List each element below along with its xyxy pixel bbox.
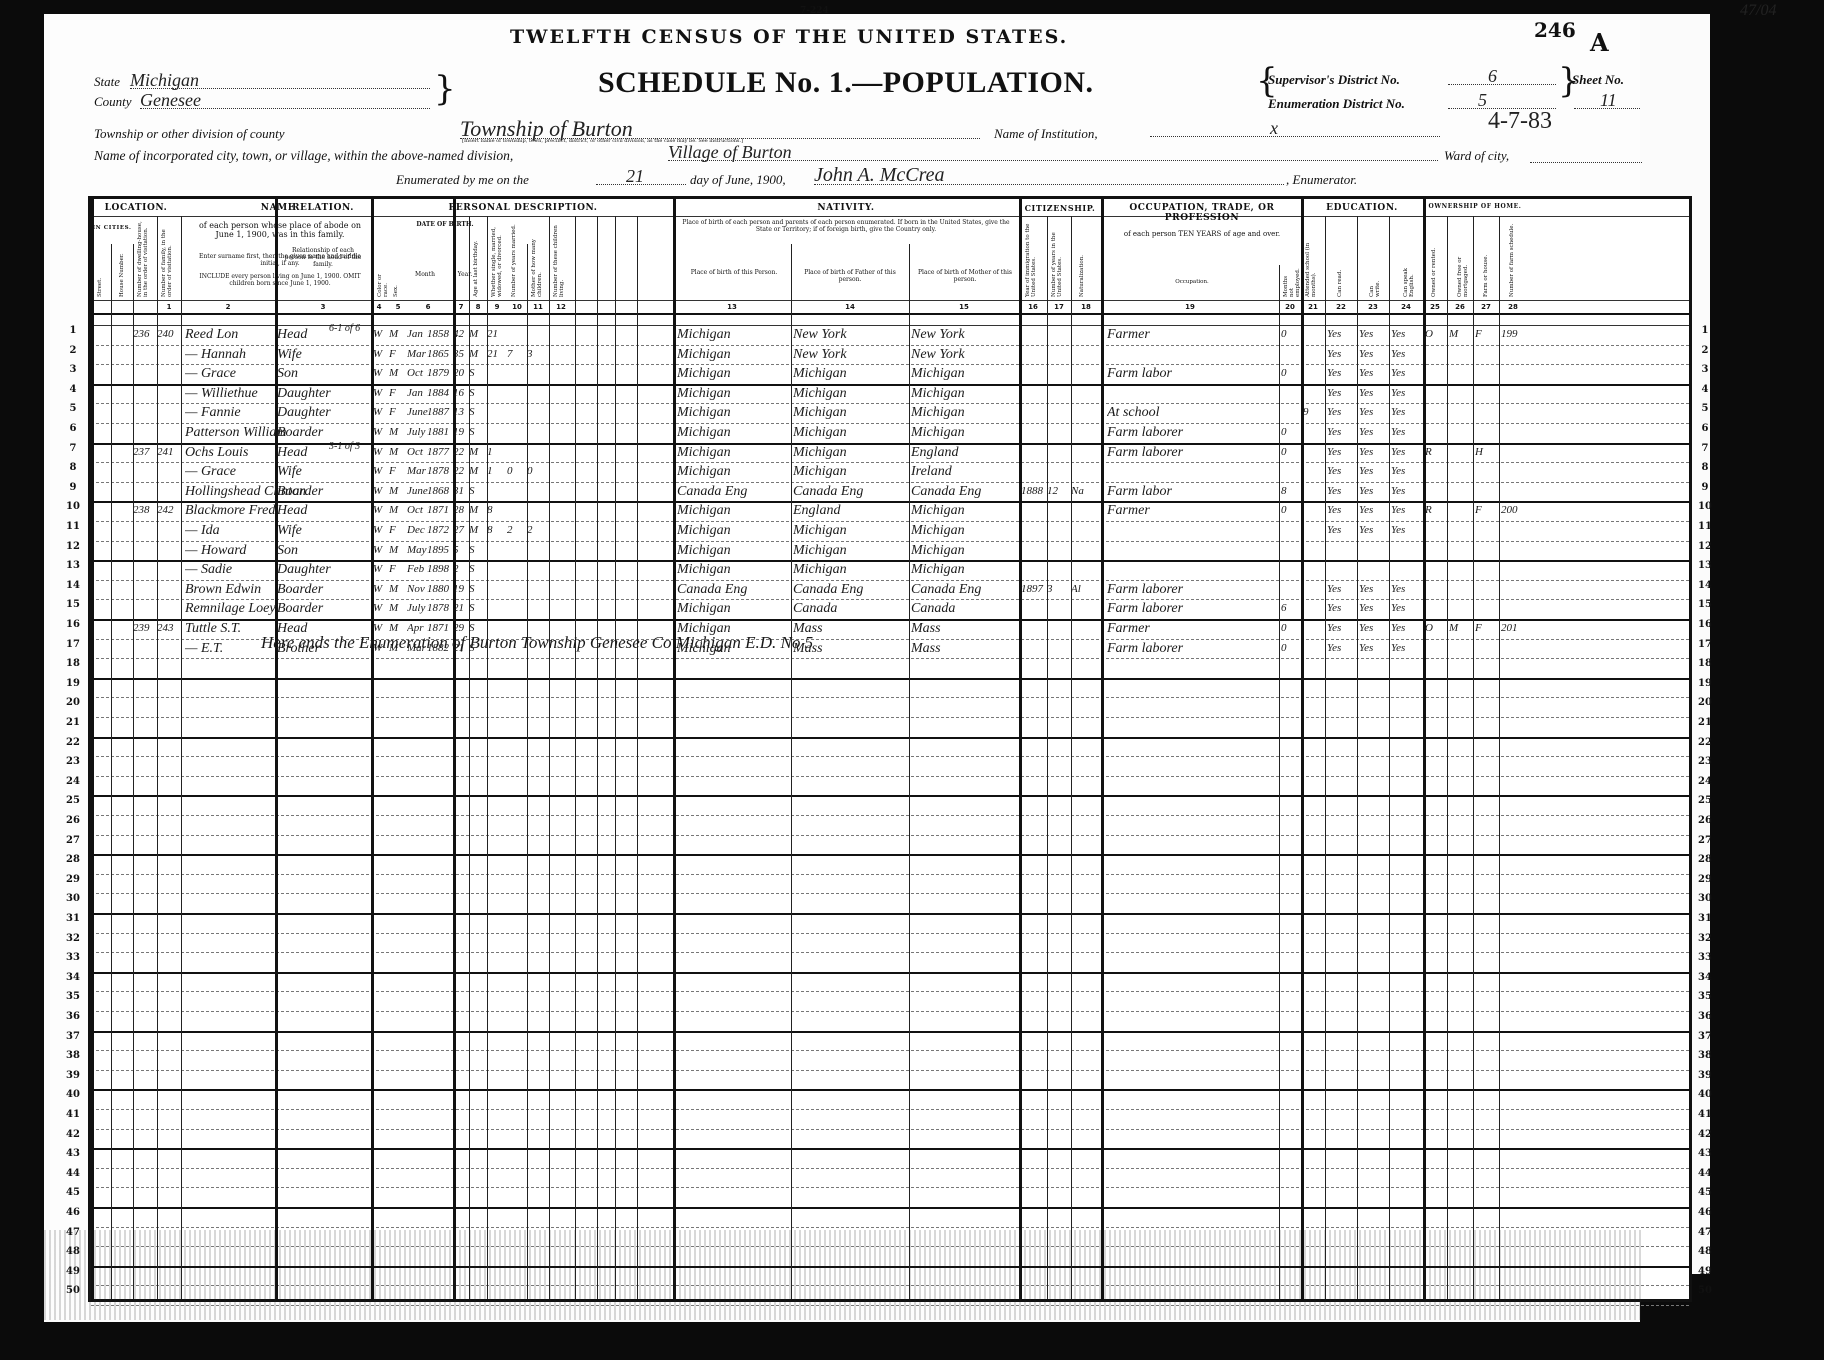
enumerator-field: John A. McCrea (814, 164, 1284, 185)
column-number: 5 (389, 303, 407, 311)
row-rule (91, 737, 1689, 739)
years-in-us-header: Number of years in the United States. (1051, 221, 1067, 297)
line-number-left: 32 (62, 933, 84, 944)
cell-farm: F (1475, 619, 1499, 638)
line-number-left: 18 (62, 658, 84, 669)
occupation-subheader: of each person TEN YEARS of age and over… (1109, 231, 1295, 238)
line-number: 16 (1694, 619, 1716, 630)
line-number: 27 (1694, 835, 1716, 846)
cell-write: Yes (1359, 443, 1389, 462)
form-code: 7-224 (800, 6, 829, 16)
cell-read: Yes (1327, 639, 1357, 658)
cell-unemployed: 0 (1281, 639, 1301, 658)
cell-marital: M (469, 521, 487, 540)
line-number-left: 13 (62, 560, 84, 571)
nativity-subheader: Place of birth of each person and parent… (681, 219, 1011, 233)
supervisor-value: 6 (1488, 66, 1497, 86)
sheet-value: 11 (1600, 90, 1617, 110)
cell-read: Yes (1327, 599, 1357, 618)
cell-write: Yes (1359, 521, 1389, 540)
line-number-left: 24 (62, 776, 84, 787)
cell-owned: R (1425, 443, 1447, 462)
cell-month: July (407, 423, 429, 442)
line-number: 19 (1694, 678, 1716, 689)
cell-age: 28 (453, 501, 469, 520)
line-number: 28 (1694, 854, 1716, 865)
column-number: 3 (275, 303, 371, 311)
cell-color: W (373, 462, 389, 481)
cell-natz: Na (1071, 482, 1101, 501)
cell-year: 1865 (427, 345, 453, 364)
owned-rented-header: Owned or rented. (1431, 239, 1437, 297)
cell-month: Dec (407, 521, 429, 540)
city-label: Name of incorporated city, town, or vill… (94, 148, 513, 164)
line-number-left: 28 (62, 854, 84, 865)
page-number: 246 (1534, 18, 1576, 42)
row-rule (91, 1187, 1689, 1188)
marital-header: Whether single, married, widowed, or div… (491, 219, 509, 297)
cell-occupation: Farm laborer (1107, 443, 1277, 462)
line-number: 3 (1694, 364, 1716, 375)
cell-years-married: 1 (487, 443, 507, 462)
cell-natz: Al (1071, 580, 1101, 599)
cell-color: W (373, 599, 389, 618)
line-number-left: 3 (62, 364, 84, 375)
cell-family: 242 (157, 501, 181, 520)
cell-mother: Canada Eng (911, 482, 1019, 501)
cell-mother: Michigan (911, 560, 1019, 579)
cell-sex: F (389, 345, 407, 364)
cell-write: Yes (1359, 462, 1389, 481)
corner-note: 47/04 (1740, 2, 1776, 20)
column-number: 21 (1301, 303, 1325, 311)
name-include-note: INCLUDE every person living on June 1, 1… (191, 273, 369, 287)
cell-father: New York (793, 345, 909, 364)
cell-color: W (373, 443, 389, 462)
cell-years-us: 12 (1047, 482, 1071, 501)
line-number: 46 (1694, 1207, 1716, 1218)
county-label: County (94, 94, 132, 110)
city-value: Village of Burton (668, 142, 792, 162)
cell-read: Yes (1327, 501, 1357, 520)
cell-unemployed: 0 (1281, 619, 1301, 638)
cell-marital: S (469, 560, 487, 579)
column-number: 14 (791, 303, 909, 311)
cell-year: 1895 (427, 541, 453, 560)
ed-label: Enumeration District No. (1268, 96, 1405, 112)
institution-value: x (1270, 118, 1278, 138)
line-number: 33 (1694, 952, 1716, 963)
cell-write: Yes (1359, 580, 1389, 599)
line-number: 40 (1694, 1089, 1716, 1100)
cell-english: Yes (1391, 599, 1423, 618)
cell-relation: Wife (277, 521, 371, 540)
cell-year: 1877 (427, 443, 453, 462)
cell-month: Oct (407, 364, 429, 383)
cell-birth: Michigan (677, 462, 791, 481)
cell-write: Yes (1359, 384, 1389, 403)
cell-write: Yes (1359, 501, 1389, 520)
cell-read: Yes (1327, 580, 1357, 599)
cell-mother: England (911, 443, 1019, 462)
cell-father: Michigan (793, 364, 909, 383)
line-number: 10 (1694, 501, 1716, 512)
birth-person-header: Place of birth of this Person. (681, 269, 787, 276)
month-header: Month (405, 271, 445, 278)
line-number: 7 (1694, 443, 1716, 454)
cell-father: New York (793, 325, 909, 344)
ward-label: Ward of city, (1444, 148, 1509, 164)
line-number: 45 (1694, 1187, 1716, 1198)
institution-field: x (1150, 118, 1440, 137)
in-cities-header: IN CITIES. (91, 225, 133, 231)
row-rule (91, 795, 1689, 797)
column-number: 12 (549, 303, 573, 311)
cell-relation: Head (277, 443, 371, 462)
cell-english: Yes (1391, 580, 1423, 599)
cell-unemployed: 0 (1281, 364, 1301, 383)
state-value: Michigan (130, 70, 199, 90)
row-rule (91, 913, 1689, 915)
cell-birth: Michigan (677, 384, 791, 403)
cell-english: Yes (1391, 384, 1423, 403)
attended-school-header: Attended school (in months). (1305, 221, 1321, 297)
ed-value: 5 (1478, 90, 1487, 110)
supervisor-label: Supervisor's District No. (1268, 72, 1400, 88)
cell-year: 1898 (427, 560, 453, 579)
cell-marital: M (469, 501, 487, 520)
line-number: 13 (1694, 560, 1716, 571)
cell-month: June (407, 403, 429, 422)
column-number: 17 (1047, 303, 1071, 311)
cell-birth: Canada Eng (677, 482, 791, 501)
cell-birth: Michigan (677, 521, 791, 540)
line-number: 23 (1694, 756, 1716, 767)
cell-birth: Michigan (677, 423, 791, 442)
column-number: 7 (453, 303, 469, 311)
cell-school: 9 (1303, 403, 1325, 422)
cell-dwelling: 238 (133, 501, 157, 520)
cell-schedule: 201 (1501, 619, 1531, 638)
cell-unemployed: 6 (1281, 599, 1301, 618)
line-number: 17 (1694, 639, 1716, 650)
cell-owned: R (1425, 501, 1447, 520)
column-number: 23 (1357, 303, 1389, 311)
cell-mother: Michigan (911, 403, 1019, 422)
cell-marital: S (469, 580, 487, 599)
county-field: Genesee (140, 90, 430, 109)
age-header: Age at last birthday. (473, 223, 479, 297)
column-number: 26 (1447, 303, 1473, 311)
row-rule (91, 854, 1689, 856)
cell-relation: Son (277, 364, 371, 383)
enumerated-day-field: 21 (596, 166, 686, 185)
cell-occupation: Farm laborer (1107, 580, 1277, 599)
line-number: 37 (1694, 1031, 1716, 1042)
cell-mother: Michigan (911, 364, 1019, 383)
row-rule (91, 1168, 1689, 1169)
city-field: Village of Burton (668, 142, 1438, 161)
farm-house-header: Farm or house. (1483, 249, 1489, 297)
row-rule (91, 972, 1689, 974)
cell-owned: O (1425, 619, 1447, 638)
row-rule (91, 1050, 1689, 1051)
cell-year: 1878 (427, 599, 453, 618)
cell-read: Yes (1327, 482, 1357, 501)
cell-color: W (373, 482, 389, 501)
cell-age: 16 (453, 384, 469, 403)
cell-month: May (407, 541, 429, 560)
cell-write: Yes (1359, 364, 1389, 383)
row-rule (91, 1266, 1689, 1268)
cell-english: Yes (1391, 423, 1423, 442)
row-rule (91, 756, 1689, 757)
cell-relation: Boarder (277, 482, 371, 501)
cell-age: 35 (453, 345, 469, 364)
cell-year: 1884 (427, 384, 453, 403)
row-rule (91, 1227, 1689, 1228)
cell-unemployed: 0 (1281, 325, 1301, 344)
line-number-left: 34 (62, 972, 84, 983)
line-number: 48 (1694, 1246, 1716, 1257)
cell-read: Yes (1327, 325, 1357, 344)
cell-age: 27 (453, 521, 469, 540)
column-number: 18 (1071, 303, 1101, 311)
cell-read: Yes (1327, 364, 1357, 383)
immigration-year-header: Year of immigration to the United States… (1025, 221, 1043, 297)
house-number-header: House Number. (119, 251, 125, 297)
cell-mother-of: 2 (507, 521, 527, 540)
cell-age: 2 (453, 560, 469, 579)
line-number-left: 19 (62, 678, 84, 689)
line-number-left: 41 (62, 1109, 84, 1120)
cell-month: Nov (407, 580, 429, 599)
state-label: State (94, 74, 120, 90)
line-number: 34 (1694, 972, 1716, 983)
cell-relation: Boarder (277, 599, 371, 618)
line-number: 47 (1694, 1227, 1716, 1238)
ed-field: 5 (1448, 90, 1556, 109)
cell-unemployed: 8 (1281, 482, 1301, 501)
cell-family: 243 (157, 619, 181, 638)
cell-relation: Daughter (277, 560, 371, 579)
cell-occupation: Farmer (1107, 619, 1277, 638)
column-number: 2 (181, 303, 275, 311)
cell-occupation: Farmer (1107, 501, 1277, 520)
cell-father: Michigan (793, 403, 909, 422)
cell-month: June (407, 482, 429, 501)
cell-english: Yes (1391, 482, 1423, 501)
cell-family: 241 (157, 443, 181, 462)
cell-unemployed: 0 (1281, 501, 1301, 520)
cell-relation: Son (277, 541, 371, 560)
row-rule (91, 991, 1689, 992)
column-number: 13 (673, 303, 791, 311)
cell-relation: Daughter (277, 403, 371, 422)
enumerated-day: 21 (626, 166, 644, 186)
cell-birth: Michigan (677, 541, 791, 560)
cell-color: W (373, 364, 389, 383)
cell-age: 19 (453, 580, 469, 599)
cell-color: W (373, 403, 389, 422)
occupation-header: Occupation. (1109, 279, 1275, 286)
line-number-left: 4 (62, 384, 84, 395)
nativity-header: NATIVITY. (673, 203, 1019, 213)
row-rule (91, 658, 1689, 659)
cell-birth: Michigan (677, 345, 791, 364)
cell-marital: M (469, 443, 487, 462)
cell-relation: Daughter (277, 384, 371, 403)
line-number-left: 5 (62, 403, 84, 414)
line-number-left: 1 (62, 325, 84, 336)
page-letter: A (1590, 28, 1609, 57)
cell-year: 1879 (427, 364, 453, 383)
cell-color: W (373, 560, 389, 579)
row-rule (91, 776, 1689, 777)
cell-father: Michigan (793, 384, 909, 403)
column-number: 8 (469, 303, 487, 311)
personal-description-header: PERSONAL DESCRIPTION. (373, 203, 673, 213)
cell-marital: M (469, 462, 487, 481)
line-number-left: 33 (62, 952, 84, 963)
cell-color: W (373, 501, 389, 520)
cell-sex: M (389, 580, 407, 599)
row-rule (91, 1246, 1689, 1247)
cell-sex: F (389, 560, 407, 579)
row-rule (91, 815, 1689, 816)
line-number-left: 31 (62, 913, 84, 924)
cell-write: Yes (1359, 482, 1389, 501)
cell-age: 5 (453, 541, 469, 560)
cell-read: Yes (1327, 462, 1357, 481)
cell-mortgage: M (1449, 325, 1473, 344)
line-number-left: 16 (62, 619, 84, 630)
row-rule (91, 1305, 1689, 1306)
column-number: 25 (1423, 303, 1447, 311)
column-number: 6 (407, 303, 449, 311)
cell-sex: M (389, 541, 407, 560)
cell-read: Yes (1327, 423, 1357, 442)
cell-birth: Michigan (677, 501, 791, 520)
cell-occupation: Farm labor (1107, 364, 1277, 383)
cell-mother: Canada (911, 599, 1019, 618)
cell-marital: S (469, 541, 487, 560)
cell-color: W (373, 541, 389, 560)
sex-header: Sex. (393, 281, 399, 297)
row-rule (91, 1089, 1689, 1091)
free-mortgaged-header: Owned free or mortgaged. (1457, 223, 1469, 297)
cell-years-married: 1 (487, 462, 507, 481)
line-number: 8 (1694, 462, 1716, 473)
cell-birth: Michigan (677, 325, 791, 344)
cell-schedule: 200 (1501, 501, 1531, 520)
line-number-left: 30 (62, 893, 84, 904)
farm-schedule-header: Number of farm schedule. (1509, 223, 1515, 297)
cell-father: Michigan (793, 423, 909, 442)
line-number-left: 38 (62, 1050, 84, 1061)
line-number: 43 (1694, 1148, 1716, 1159)
line-number: 2 (1694, 345, 1716, 356)
line-number: 39 (1694, 1070, 1716, 1081)
name-subheader: of each person whose place of abode on J… (195, 221, 365, 239)
cell-mother-of: 7 (507, 345, 527, 364)
row-rule (91, 893, 1689, 894)
line-number-left: 14 (62, 580, 84, 591)
cell-month: Oct (407, 501, 429, 520)
rule (91, 313, 1689, 315)
cell-sex: F (389, 521, 407, 540)
line-number-left: 20 (62, 697, 84, 708)
township-label: Township or other division of county (94, 126, 285, 142)
cell-father: Michigan (793, 443, 909, 462)
line-number-left: 42 (62, 1129, 84, 1140)
ward-field (1530, 144, 1642, 163)
line-number-left: 27 (62, 835, 84, 846)
cell-age: 42 (453, 325, 469, 344)
cell-relation: Wife (277, 462, 371, 481)
row-rule (91, 1011, 1689, 1012)
line-number-left: 50 (62, 1285, 84, 1296)
cell-sex: M (389, 599, 407, 618)
cell-mother: Michigan (911, 423, 1019, 442)
cell-father: Canada Eng (793, 482, 909, 501)
line-number: 49 (1694, 1266, 1716, 1277)
year-header: Year. (445, 271, 485, 278)
color-header: Color or race. (377, 261, 389, 297)
county-value: Genesee (140, 90, 201, 110)
relation-header: RELATION. (275, 203, 371, 213)
line-number-left: 7 (62, 443, 84, 454)
years-married-header: Number of years married. (511, 219, 517, 297)
line-number-left: 10 (62, 501, 84, 512)
cell-father: Michigan (793, 541, 909, 560)
cell-write: Yes (1359, 599, 1389, 618)
sheet-label: Sheet No. (1572, 72, 1624, 88)
cell-year: 1868 (427, 482, 453, 501)
cell-month: Oct (407, 443, 429, 462)
cell-marital: S (469, 599, 487, 618)
line-number: 50 (1694, 1285, 1716, 1296)
row-rule (91, 952, 1689, 953)
line-number: 31 (1694, 913, 1716, 924)
cell-birth: Canada Eng (677, 580, 791, 599)
cell-mother: Michigan (911, 384, 1019, 403)
column-number: 15 (909, 303, 1019, 311)
cell-living: 3 (527, 345, 549, 364)
line-number-left: 21 (62, 717, 84, 728)
column-number: 20 (1279, 303, 1301, 311)
stamp-number: 4-7-83 (1488, 108, 1552, 135)
cell-age: 22 (453, 443, 469, 462)
line-number: 11 (1694, 521, 1716, 532)
cell-dwelling: 239 (133, 619, 157, 638)
line-number-left: 35 (62, 991, 84, 1002)
cell-english: Yes (1391, 521, 1423, 540)
cell-month: July (407, 599, 429, 618)
line-number: 14 (1694, 580, 1716, 591)
institution-label: Name of Institution, (994, 126, 1098, 142)
cell-read: Yes (1327, 345, 1357, 364)
line-number-left: 29 (62, 874, 84, 885)
line-number: 35 (1694, 991, 1716, 1002)
cell-english: Yes (1391, 619, 1423, 638)
cell-father: England (793, 501, 909, 520)
column-number: 19 (1101, 303, 1279, 311)
line-number-left: 8 (62, 462, 84, 473)
cell-month: Mar (407, 345, 429, 364)
cell-years-married: 8 (487, 501, 507, 520)
cell-living: 2 (527, 521, 549, 540)
